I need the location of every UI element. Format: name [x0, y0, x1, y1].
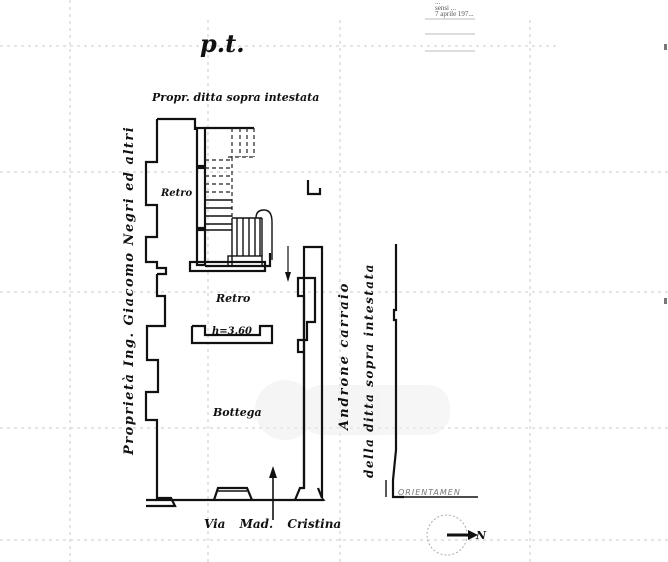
entrance-arrow: [269, 466, 277, 520]
north-letter: N: [475, 529, 487, 542]
floor-plan-drawing: ... sensi ... 7 aprile 197... p.t. Propr…: [0, 0, 668, 562]
top-neighbor-label: Propr. ditta sopra intestata: [151, 91, 319, 104]
background-grid: [0, 0, 668, 562]
height-annotation: h=3.60: [212, 326, 252, 337]
right-neighbor-label: della ditta sopra intestata: [362, 263, 376, 478]
orientation-label: ORIENTAMEN: [398, 488, 461, 497]
down-arrow: [285, 246, 291, 282]
androne-outer-wall: [393, 244, 478, 497]
orientation-block: ORIENTAMEN N: [386, 480, 487, 555]
androne-label: Androne carraio: [337, 282, 352, 432]
building-outline: [146, 119, 324, 506]
staircase: [190, 128, 272, 271]
watermark: [255, 380, 450, 440]
level-title: p.t.: [200, 29, 245, 58]
left-neighbor-label: Proprietà Ing. Giacomo Negri ed altri: [122, 126, 137, 456]
room-label-bottega: Bottega: [212, 406, 262, 419]
corner-mark: [308, 180, 320, 194]
svg-text:7 aprile 197...: 7 aprile 197...: [435, 10, 474, 18]
room-label-retro-upper: Retro: [160, 188, 193, 199]
street-label: Via Mad. Cristina: [204, 517, 341, 531]
room-label-retro-middle: Retro: [215, 292, 250, 305]
